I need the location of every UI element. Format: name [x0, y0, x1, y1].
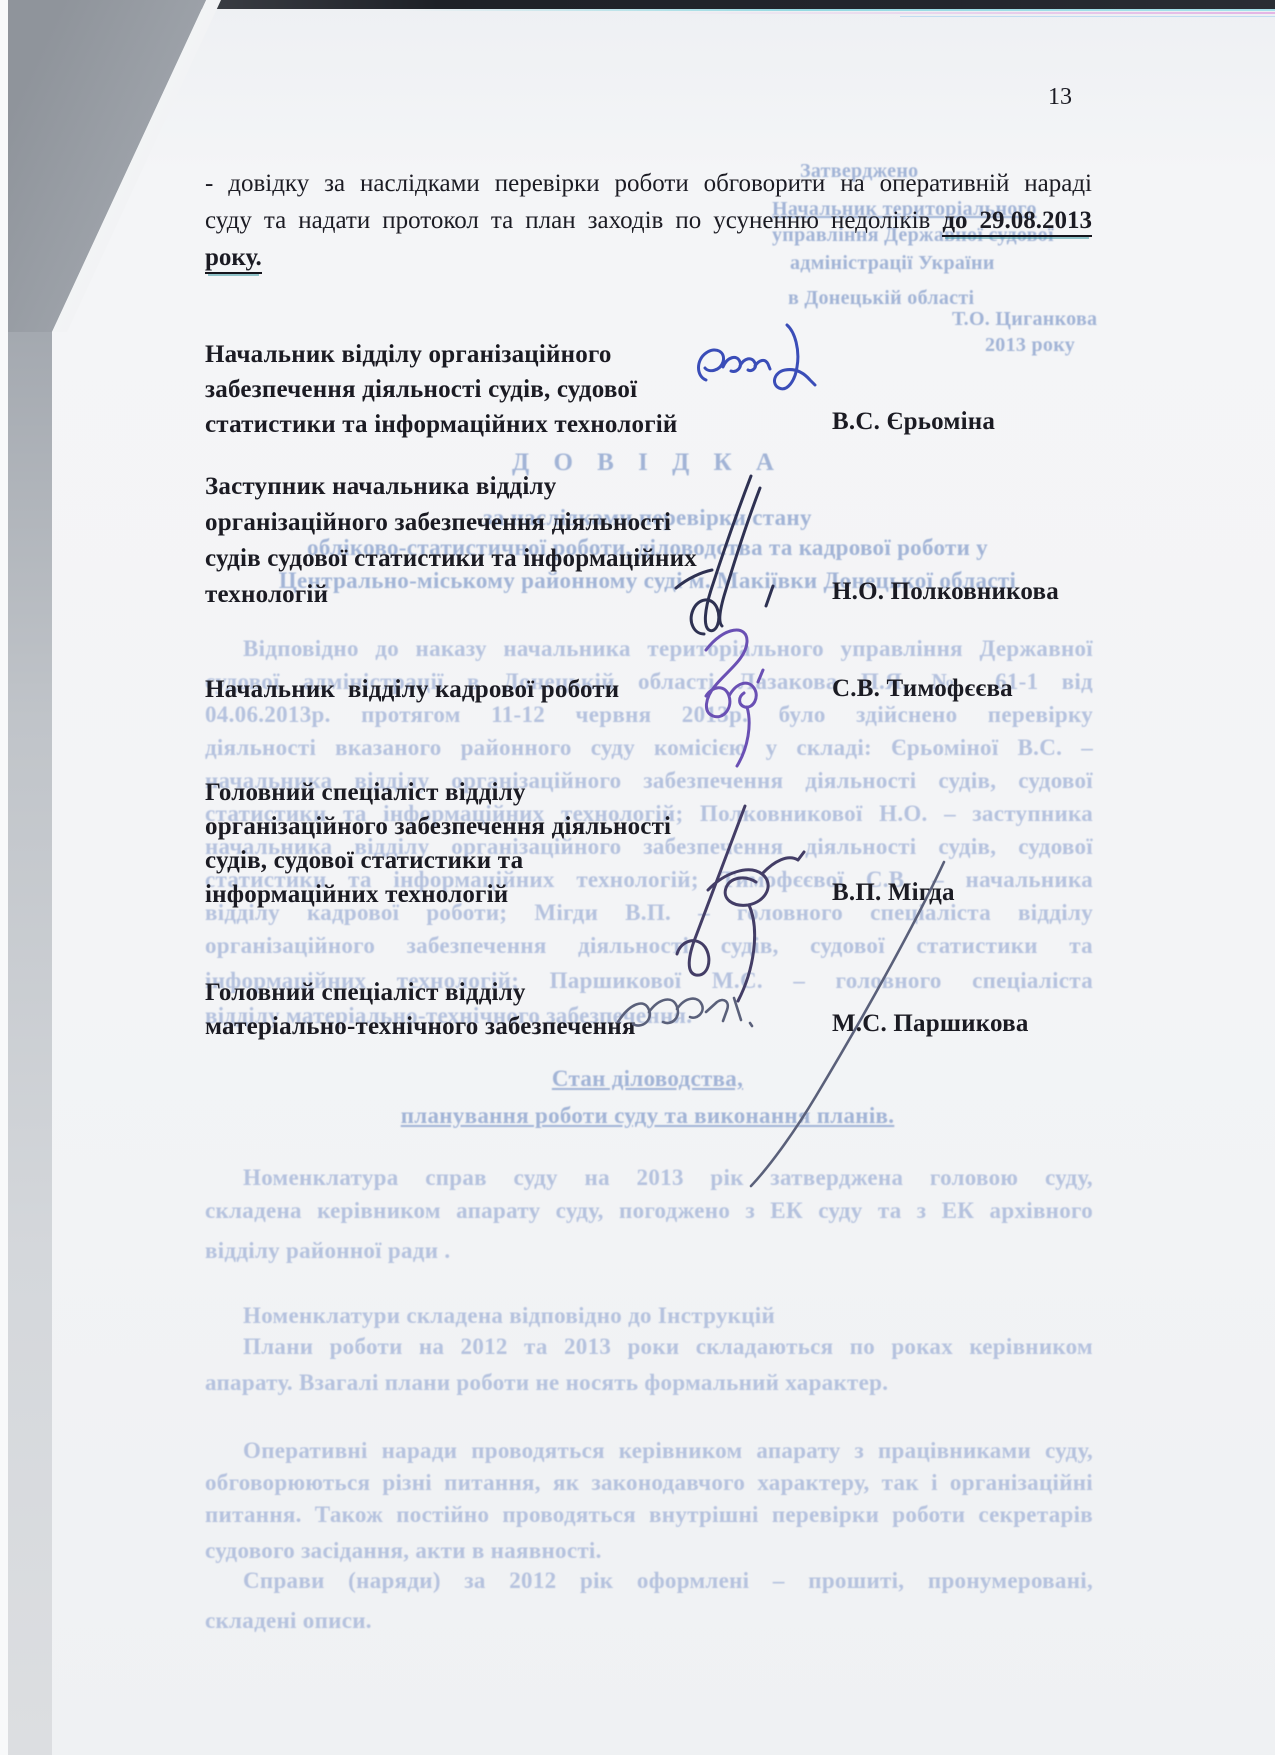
- title-line: Головний спеціаліст відділу: [205, 779, 526, 807]
- bleed-body-line: Плани роботи на 2012 та 2013 роки склада…: [243, 1334, 1093, 1360]
- title-line: Заступник начальника відділу: [205, 473, 556, 501]
- bleed-body-line: питання. Також постійно проводяться внут…: [205, 1502, 1093, 1528]
- scanned-document-page: Затверджено Начальник територіального уп…: [0, 0, 1275, 1755]
- bleed-body-line: апарату. Взагалі плани роботи не носять …: [205, 1370, 888, 1396]
- page-number: 13: [1048, 84, 1072, 111]
- bleed-approval-line: адміністрації України: [790, 252, 995, 275]
- title-line: статистики та інформаційних технологій: [205, 411, 678, 439]
- signatory-name: С.В. Тимофєєва: [832, 675, 1013, 703]
- title-line: технологій: [205, 581, 328, 609]
- bleed-body-line: Справи (наряди) за 2012 рік оформлені – …: [243, 1568, 1093, 1594]
- title-line: забезпечення діяльності судів, судової: [205, 376, 637, 404]
- signature-tymofeyeva: [676, 614, 801, 774]
- resolution-paragraph-line: суду та надати протокол та план заходів …: [205, 207, 1092, 235]
- signatory-name: В.С. Єрьоміна: [832, 408, 995, 436]
- bleed-body-line: Номенклатури складена відповідно до Інст…: [243, 1303, 775, 1329]
- bleed-approval-signatory: Т.О. Циганкова: [952, 308, 1097, 331]
- bleed-body-line: відділу районної ради .: [205, 1238, 450, 1264]
- title-line: матеріально-технічного забезпечення: [205, 1013, 636, 1041]
- deadline-date-underlined: до 29.08.2013: [942, 207, 1092, 237]
- signature-parshykova: [588, 852, 968, 1202]
- bleed-body-line: діяльності вказаного районного суду комі…: [205, 735, 1093, 761]
- title-line: Начальник відділу організаційного: [205, 341, 612, 369]
- title-line: організаційного забезпечення діяльності: [205, 509, 671, 537]
- signature-yeromina: [692, 320, 832, 415]
- title-line: інформаційних технологій: [205, 881, 508, 909]
- resolution-text: суду та надати протокол та план заходів …: [205, 207, 930, 234]
- bleed-body-line: обговорюються різні питання, як законода…: [205, 1470, 1093, 1496]
- resolution-paragraph-line: року.: [205, 244, 262, 272]
- deadline-word-underlined: року.: [205, 244, 262, 274]
- title-line: судів, судової статистики та: [205, 847, 523, 875]
- title-line: організаційного забезпечення діяльності: [205, 813, 671, 841]
- bleed-body-line: складені описи.: [205, 1608, 372, 1634]
- bleed-body-line: 04.06.2013р. протягом 11-12 червня 2013р…: [205, 702, 1093, 728]
- title-line: судів судової статистики та інформаційни…: [205, 545, 697, 573]
- signatory-name: Н.О. Полковникова: [832, 578, 1059, 606]
- title-line: Головний спеціаліст відділу: [205, 979, 526, 1007]
- bleed-body-line: судового засідання, акти в наявності.: [205, 1538, 602, 1564]
- bleed-approval-date: 2013 року: [985, 334, 1075, 357]
- resolution-paragraph-line: - довідку за наслідками перевірки роботи…: [205, 170, 1092, 198]
- bleed-body-line: Оперативні наради проводяться керівником…: [243, 1438, 1093, 1464]
- title-line: Начальник відділу кадрової роботи: [205, 676, 619, 704]
- bleed-approval-line: в Донецькій області: [788, 287, 974, 310]
